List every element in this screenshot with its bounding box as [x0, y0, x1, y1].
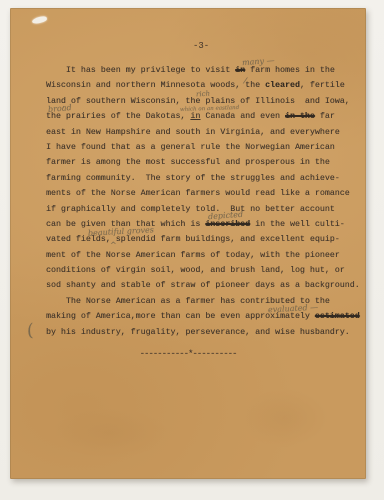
typed-segment: Wisconsin and northern Minnesota woods, … [46, 81, 265, 90]
typed-segment-strike: inscribed [205, 220, 250, 229]
typed-segment-uline: in [190, 112, 200, 121]
page-number: -3- [193, 41, 209, 51]
typed-segment: farm homes in the [245, 66, 335, 75]
typed-line-15: sod shanty and stable of straw of pionee… [46, 278, 358, 293]
typed-line-1: It has been my privilege to visit in far… [46, 63, 358, 78]
pencil-annotation-insert-rich: rich [196, 90, 210, 99]
typed-segment: Canada and even [200, 112, 285, 121]
typed-line-5: east in New Hampshire and south in Virgi… [46, 125, 358, 140]
typescript-body: It has been my privilege to visit in far… [46, 63, 358, 340]
pencil-annotation-caret-fields: ^ [110, 241, 117, 250]
typed-line-18: by his industry, frugality, perseverance… [46, 325, 358, 340]
pencil-annotation-margin-paren: ( [25, 321, 36, 342]
typed-segment-bold: cleared [265, 81, 300, 90]
typed-segment: ments of the Norse American farmers woul… [46, 189, 350, 198]
typed-segment: It has been my privilege to visit [46, 66, 235, 75]
typed-segment: east in New Hampshire and south in Virgi… [46, 128, 340, 137]
typed-line-8: farming community. The story of the stru… [46, 171, 358, 186]
typed-segment: farmer is among the most successful and … [46, 158, 330, 167]
paper-chip-mark [32, 16, 48, 25]
typed-segment: in the well culti- [250, 220, 345, 229]
typed-segment: sod shanty and stable of straw of pionee… [46, 281, 360, 290]
typed-segment: far [315, 112, 335, 121]
typed-segment: the prairies of the Dakotas, [46, 112, 190, 121]
typed-line-13: ment of the Norse American farms of toda… [46, 248, 358, 263]
typed-line-9: ments of the Norse American farmers woul… [46, 186, 358, 201]
paper-stain [240, 388, 330, 448]
typed-segment: ment of the Norse American farms of toda… [46, 251, 340, 260]
typed-segment-strike: estimated [315, 312, 360, 321]
typed-segment: conditions of virgin soil, wood, and bru… [46, 266, 345, 275]
typed-segment: if graphically and completely told. But … [46, 205, 335, 214]
divider-line: -----------*---------- [10, 349, 366, 359]
typed-segment: , fertile [300, 81, 345, 90]
typed-line-14: conditions of virgin soil, wood, and bru… [46, 263, 358, 278]
typed-line-7: farmer is among the most successful and … [46, 155, 358, 170]
typed-line-6: I have found that as a general rule the … [46, 140, 358, 155]
manuscript-page: -3- It has been my privilege to visit in… [10, 8, 366, 479]
typed-segment: I have found that as a general rule the … [46, 143, 335, 152]
typed-line-10: if graphically and completely told. But … [46, 202, 358, 217]
typed-segment-strike: in [235, 66, 245, 75]
typed-segment: by his industry, frugality, perseverance… [46, 328, 350, 337]
paper-stain [50, 408, 170, 458]
typed-segment-strike: in the [285, 112, 315, 121]
typed-segment: farming community. The story of the stru… [46, 174, 340, 183]
